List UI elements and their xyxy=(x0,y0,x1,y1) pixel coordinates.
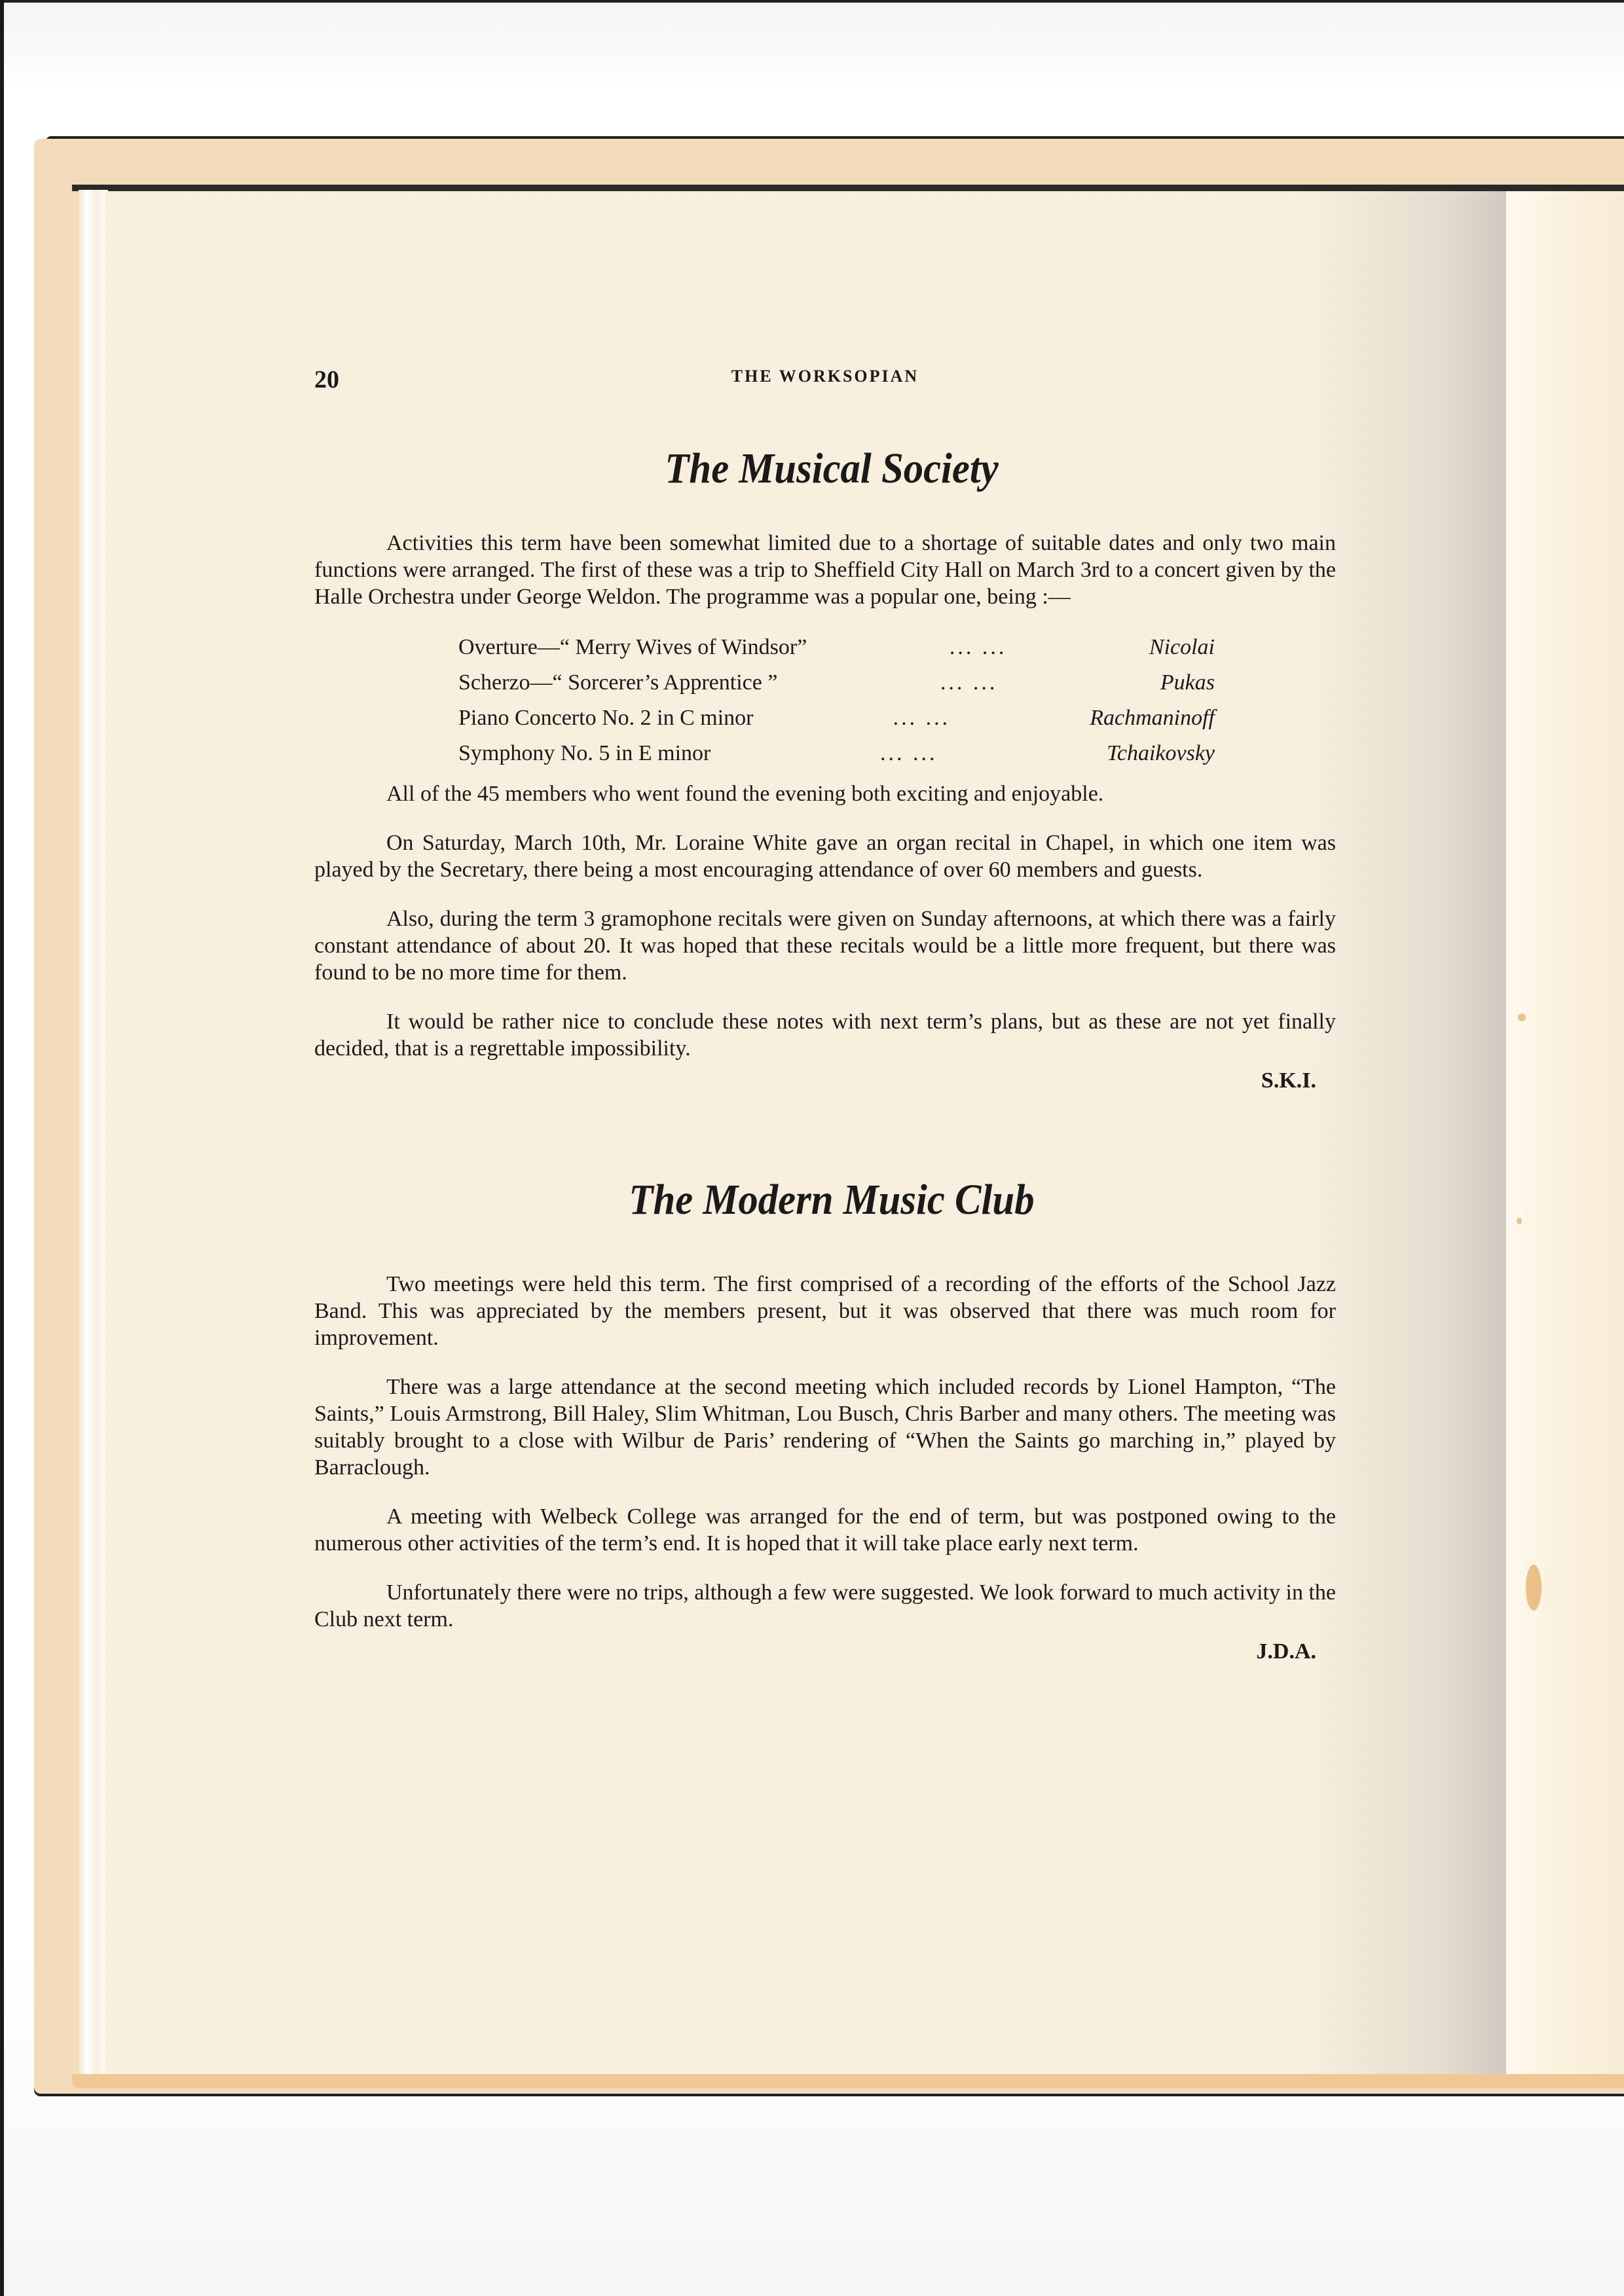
programme-item: Overture—“ Merry Wives of Windsor” ... .… xyxy=(314,630,1336,665)
programme-leader-dots: ... ... xyxy=(753,701,1090,736)
paragraph-intro: Activities this term have been somewhat … xyxy=(314,530,1336,610)
author-initials: S.K.I. xyxy=(314,1068,1316,1093)
running-head: 20 THE WORKSOPIAN xyxy=(314,354,1336,393)
programme-composer: Rachmaninoff xyxy=(1090,701,1215,736)
foxing-spot xyxy=(1517,1218,1522,1224)
programme-composer: Nicolai xyxy=(1149,630,1215,665)
page-bottom-edge xyxy=(72,2074,1624,2088)
programme-piece: Scherzo—“ Sorcerer’s Apprentice ” xyxy=(458,665,777,701)
concert-programme: Overture—“ Merry Wives of Windsor” ... .… xyxy=(314,630,1336,771)
cover-inner-shadow xyxy=(72,185,1624,191)
paragraph: Two meetings were held this term. The fi… xyxy=(314,1271,1336,1351)
paragraph: Unfortunately there were no trips, altho… xyxy=(314,1579,1336,1633)
section-modern-music-club: The Modern Music Club Two meetings were … xyxy=(314,1175,1336,1664)
section-title: The Modern Music Club xyxy=(368,1175,1296,1225)
programme-composer: Tchaikovsky xyxy=(1107,736,1215,771)
page-edges xyxy=(79,190,108,2075)
author-initials: J.D.A. xyxy=(314,1639,1316,1664)
journal-title: THE WORKSOPIAN xyxy=(314,367,1336,386)
programme-leader-dots: ... ... xyxy=(710,736,1107,771)
programme-leader-dots: ... ... xyxy=(807,630,1149,665)
paragraph: It would be rather nice to conclude thes… xyxy=(314,1008,1336,1062)
section-title: The Musical Society xyxy=(368,444,1296,494)
foxing-spot xyxy=(1518,1013,1526,1021)
programme-piece: Piano Concerto No. 2 in C minor xyxy=(458,701,753,736)
paragraph: On Saturday, March 10th, Mr. Loraine Whi… xyxy=(314,829,1336,883)
paragraph: A meeting with Welbeck College was arran… xyxy=(314,1503,1336,1557)
page-content: 20 THE WORKSOPIAN The Musical Society Ac… xyxy=(314,354,1336,1664)
scan-edge xyxy=(0,0,4,2296)
programme-item: Scherzo—“ Sorcerer’s Apprentice ” ... ..… xyxy=(314,665,1336,701)
paragraph: There was a large attendance at the seco… xyxy=(314,1374,1336,1481)
scan-edge xyxy=(0,0,1624,3)
foxing-spot xyxy=(1526,1565,1541,1611)
paragraph: Also, during the term 3 gramophone recit… xyxy=(314,905,1336,986)
programme-composer: Pukas xyxy=(1160,665,1215,701)
facing-page-edge xyxy=(1506,191,1624,2077)
programme-piece: Symphony No. 5 in E minor xyxy=(458,736,710,771)
paragraph: All of the 45 members who went found the… xyxy=(314,780,1336,807)
programme-item: Symphony No. 5 in E minor ... ... Tchaik… xyxy=(314,736,1336,771)
programme-item: Piano Concerto No. 2 in C minor ... ... … xyxy=(314,701,1336,736)
programme-leader-dots: ... ... xyxy=(777,665,1160,701)
programme-piece: Overture—“ Merry Wives of Windsor” xyxy=(458,630,807,665)
section-musical-society: The Musical Society Activities this term… xyxy=(314,444,1336,1093)
